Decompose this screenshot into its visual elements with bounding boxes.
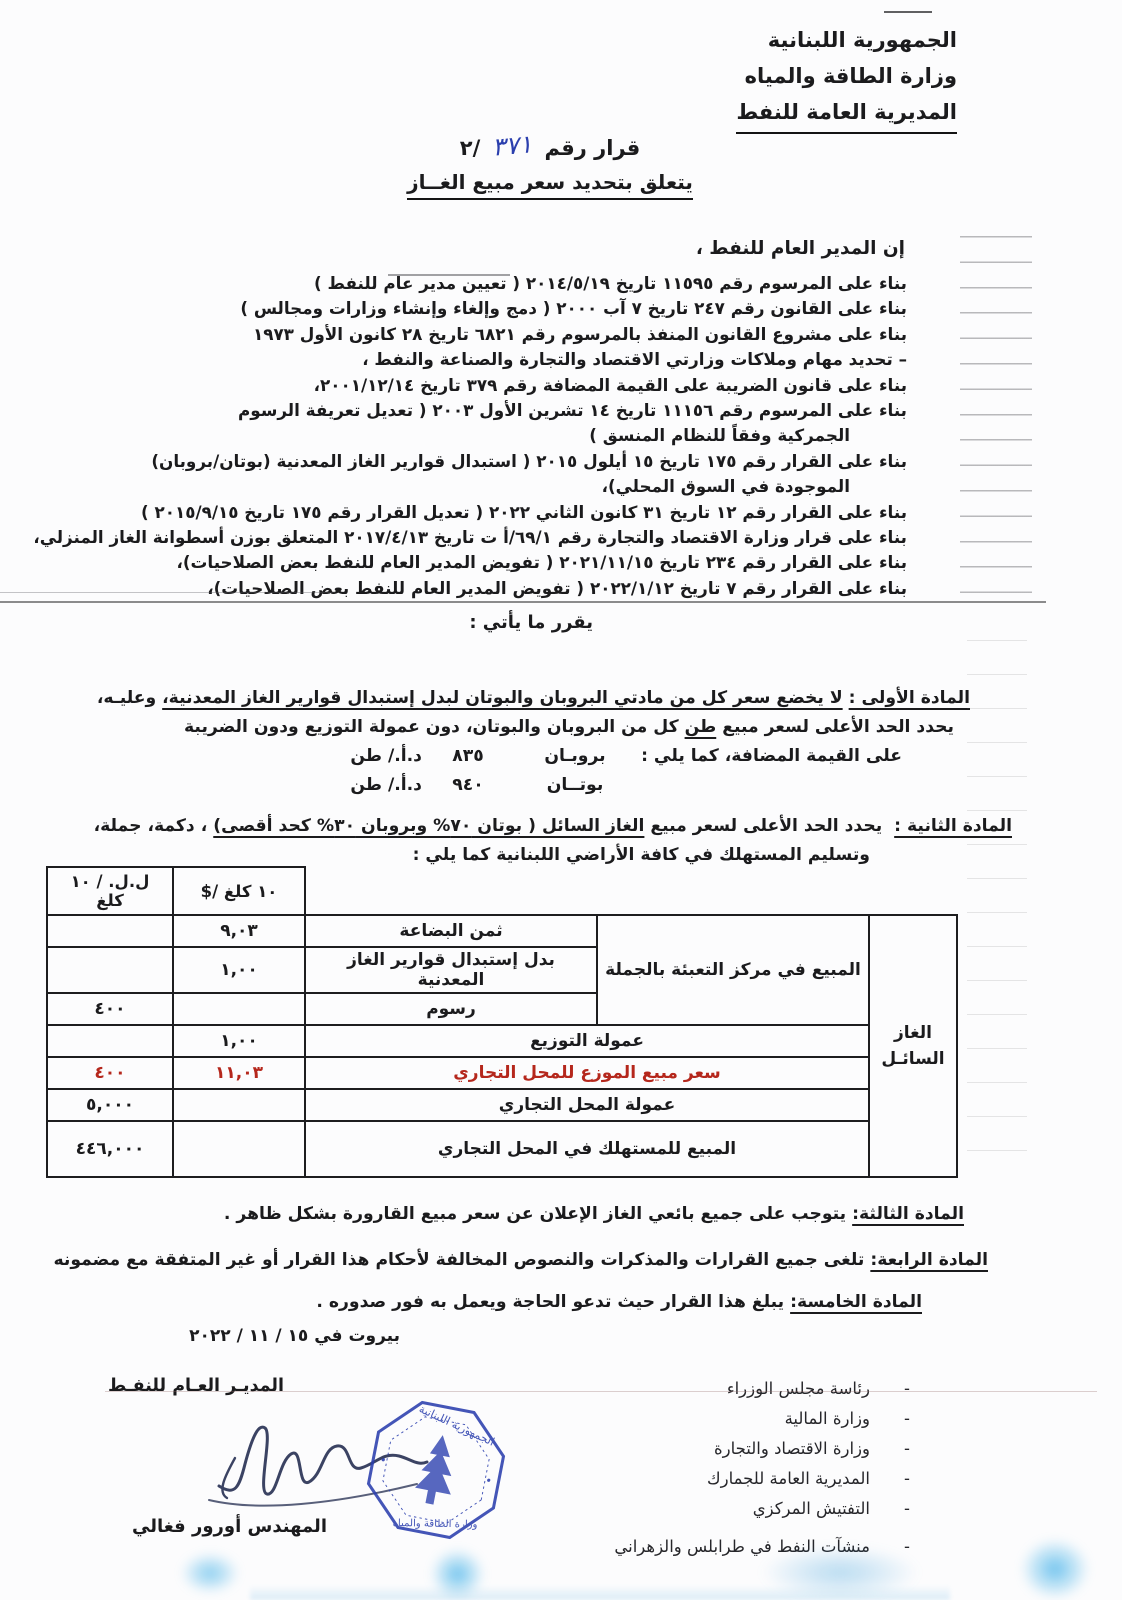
decree-label: قرار رقم — [545, 136, 641, 160]
preamble-line: – تحديد مهام وملاكات وزارتي الاقتصاد وال… — [57, 347, 907, 372]
row-label: عمولة التوزيع — [305, 1025, 869, 1057]
usd-value: ٩,٠٣ — [173, 915, 305, 947]
distribution-list: - رئاسة مجلس الوزراء - وزارة المالية - و… — [614, 1374, 910, 1562]
table-row: الغاز السائـل المبيع في مركز التعبئة بال… — [47, 915, 957, 947]
article-3-text: يتوجب على جميع بائعي الغاز الإعلان عن سع… — [224, 1204, 846, 1224]
preamble-line: بناء على المرسوم رقم ١١١٥٦ تاريخ ١٤ تشري… — [57, 398, 907, 423]
preamble-line: بناء على القرار رقم ٢٣٤ تاريخ ٢٠٢١/١١/١٥… — [57, 550, 907, 575]
title-block: ٢/ ٣٧١ قرار رقم يتعلق بتحديد سعر مبيع ال… — [330, 132, 770, 200]
signature-title: المديـر العـام للنفـط — [108, 1376, 284, 1396]
row-label: سعر مبيع الموزع للمحل التجاري — [305, 1057, 869, 1089]
lbp-value — [47, 947, 173, 993]
article-1-label: المادة الأولى : — [849, 688, 970, 708]
preamble-line: بناء على القرار رقم ٧ تاريخ ٢٠٢٢/١/١٢ ( … — [57, 576, 907, 601]
list-item: - وزارة الاقتصاد والتجارة — [614, 1434, 910, 1464]
letterhead-ministry: وزارة الطاقة والمياه — [736, 58, 957, 94]
list-item: - وزارة المالية — [614, 1404, 910, 1434]
price-row: على القيمة المضافة، كما يلي : بروبـان ٨٣… — [90, 742, 970, 771]
scan-artifact — [1020, 1538, 1090, 1600]
price-name: بروبـان — [514, 742, 636, 771]
dash-bullet-icon: - — [898, 1404, 910, 1434]
scan-artifact — [960, 236, 1032, 602]
official-stamp: الجمهورية اللبنانية وزارة الطاقة والمياه — [347, 1381, 525, 1559]
preamble-line: بناء على قانون الضريبة على القيمة المضاف… — [57, 373, 907, 398]
signer-name: المهندس أورور فغالي — [132, 1516, 327, 1537]
price-table: $/ ١٠ كلغ ل.ل. / ١٠ كلغ الغاز السائـل ال… — [46, 866, 958, 1178]
usd-value: ١,٠٠ — [173, 947, 305, 993]
lbp-value — [47, 1025, 173, 1057]
row-label: ثمن البضاعة — [305, 915, 597, 947]
usd-value — [173, 993, 305, 1025]
lbp-value — [47, 915, 173, 947]
article-2-underlined: الغاز السائل ( بوتان ٧٠% وبروبان ٣٠% كحد… — [213, 816, 644, 836]
decree-number-suffix: ٢/ — [460, 136, 481, 160]
article-2-label: المادة الثانية : — [894, 816, 1012, 836]
list-item-label: رئاسة مجلس الوزراء — [727, 1374, 870, 1404]
article-1-line2b: كل من البروبان والبوتان، دون عمولة التوز… — [184, 717, 685, 737]
dash-bullet-icon: - — [898, 1464, 910, 1494]
dash-bullet-icon: - — [898, 1494, 910, 1524]
preamble-line: بناء على المرسوم رقم ١١٥٩٥ تاريخ ٢٠١٤/٥/… — [57, 271, 907, 296]
opening-line: إن المدير العام للنفط ، — [696, 238, 905, 259]
article-3-label: المادة الثالثة: — [852, 1204, 964, 1224]
article-4-label: المادة الرابعة: — [870, 1250, 988, 1270]
preamble-line: بناء على قرار وزارة الاقتصاد والتجارة رق… — [57, 525, 907, 550]
letterhead-directorate: المديرية العامة للنفط — [736, 94, 957, 134]
document-page: الجمهورية اللبنانية وزارة الطاقة والمياه… — [0, 0, 1122, 1600]
list-item-label: وزارة المالية — [785, 1404, 870, 1434]
article-4-text: تلغى جميع القرارات والمذكرات والنصوص الم… — [53, 1250, 864, 1270]
article-5-text: يبلغ هذا القرار حيث تدعو الحاجة ويعمل به… — [316, 1292, 784, 1312]
preamble-line: الجمركية وفقاً للنظام المنسق ) — [57, 423, 907, 448]
decree-number-line: ٢/ ٣٧١ قرار رقم — [330, 132, 770, 161]
article-1-line2: يحدد الحد الأعلى لسعر مبيع — [716, 717, 954, 737]
article-1-ton: طن — [685, 717, 717, 737]
price-row: بوتــان ٩٤٠ د.أ./ طن — [90, 771, 970, 800]
article-1-tail: وعليـه، — [97, 688, 162, 708]
price-value: ٩٤٠ — [422, 771, 514, 800]
list-item: - التفتيش المركزي — [614, 1494, 910, 1524]
price-unit: د.أ./ طن — [304, 742, 422, 771]
article-5-label: المادة الخامسة: — [790, 1292, 922, 1312]
letterhead: الجمهورية اللبنانية وزارة الطاقة والمياه… — [736, 22, 957, 134]
lbp-value: ٤٠٠ — [47, 1057, 173, 1089]
wholesale-cell: المبيع في مركز التعبئة بالجملة — [597, 915, 869, 1025]
decide-line: يقرر ما يأتي : — [469, 612, 593, 633]
price-value: ٨٣٥ — [422, 742, 514, 771]
scan-artifact — [884, 11, 932, 13]
preamble-line: الموجودة في السوق المحلي)، — [57, 474, 907, 499]
list-item: - رئاسة مجلس الوزراء — [614, 1374, 910, 1404]
letterhead-republic: الجمهورية اللبنانية — [736, 22, 957, 58]
table-row: عمولة التوزيع ١,٠٠ — [47, 1025, 957, 1057]
table-row-highlighted: سعر مبيع الموزع للمحل التجاري ١١,٠٣ ٤٠٠ — [47, 1057, 957, 1089]
dash-bullet-icon: - — [898, 1374, 910, 1404]
list-item-label: التفتيش المركزي — [753, 1494, 870, 1524]
scan-artifact — [430, 1548, 485, 1600]
lbp-value: ٤٤٦,٠٠٠ — [47, 1121, 173, 1177]
list-item-label: المديرية العامة للجمارك — [707, 1464, 870, 1494]
list-item-label: منشآت النفط في طرابلس والزهراني — [614, 1532, 870, 1562]
table-header-row: $/ ١٠ كلغ ل.ل. / ١٠ كلغ — [47, 867, 957, 915]
price-unit: د.أ./ طن — [304, 771, 422, 800]
lbp-header-line1: ل.ل. / ١٠ — [54, 872, 166, 891]
preamble-line: بناء على القانون رقم ٢٤٧ تاريخ ٧ آب ٢٠٠٠… — [57, 296, 907, 321]
gas-group-cell: الغاز السائـل — [869, 915, 957, 1177]
article-5: المادة الخامسة:يبلغ هذا القرار حيث تدعو … — [316, 1288, 922, 1317]
stamp-bottom-text: وزارة الطاقة والمياه — [393, 1518, 478, 1530]
usd-value: ١,٠٠ — [173, 1025, 305, 1057]
scan-artifact — [180, 1552, 240, 1594]
scan-artifact — [0, 601, 1046, 603]
lbp-column-header: ل.ل. / ١٠ كلغ — [47, 867, 173, 915]
row-label: بدل إستبدال قوارير الغاز المعدنية — [305, 947, 597, 993]
list-item-label: وزارة الاقتصاد والتجارة — [714, 1434, 870, 1464]
preamble-line: بناء على مشروع القانون المنفذ بالمرسوم ر… — [57, 322, 907, 347]
article-1: المادة الأولى :لا يخضع سعر كل من مادتي ا… — [90, 684, 970, 800]
handwritten-decree-number: ٣٧١ — [491, 129, 534, 161]
lbp-value: ٥,٠٠٠ — [47, 1089, 173, 1121]
table-row: المبيع للمستهلك في المحل التجاري ٤٤٦,٠٠٠ — [47, 1121, 957, 1177]
usd-value — [173, 1121, 305, 1177]
article-1-underlined: لا يخضع سعر كل من مادتي البروبان والبوتا… — [162, 688, 842, 708]
usd-value — [173, 1089, 305, 1121]
usd-column-header: $/ ١٠ كلغ — [173, 867, 305, 915]
preamble: بناء على المرسوم رقم ١١٥٩٥ تاريخ ٢٠١٤/٥/… — [57, 271, 907, 601]
article-3: المادة الثالثة:يتوجب على جميع بائعي الغا… — [224, 1200, 964, 1229]
date-line: بيروت في ١٥ / ١١ / ٢٠٢٢ — [189, 1326, 400, 1346]
usd-value: ١١,٠٣ — [173, 1057, 305, 1089]
dash-bullet-icon: - — [898, 1532, 910, 1562]
dash-bullet-icon: - — [898, 1434, 910, 1464]
article-2: المادة الثانية : يحدد الحد الأعلى لسعر م… — [82, 812, 1012, 870]
row-label: عمولة المحل التجاري — [305, 1089, 869, 1121]
lbp-value: ٤٠٠ — [47, 993, 173, 1025]
decree-subject: يتعلق بتحديد سعر مبيع الغــاز — [407, 170, 693, 200]
lbp-header-line2: كلغ — [54, 891, 166, 910]
row-label: المبيع للمستهلك في المحل التجاري — [305, 1121, 869, 1177]
list-item: - المديرية العامة للجمارك — [614, 1464, 910, 1494]
list-item: - منشآت النفط في طرابلس والزهراني — [614, 1532, 910, 1562]
table-row: عمولة المحل التجاري ٥,٠٠٠ — [47, 1089, 957, 1121]
article-2-tail: ، دكمة، جملة، — [94, 816, 214, 836]
scan-artifact — [250, 1585, 950, 1600]
row-label: رسوم — [305, 993, 597, 1025]
article-4: المادة الرابعة:تلغى جميع القرارات والمذك… — [53, 1246, 988, 1275]
article-2-pre: يحدد الحد الأعلى لسعر مبيع — [644, 816, 888, 836]
price-intro: على القيمة المضافة، كما يلي : — [636, 742, 902, 771]
price-name: بوتــان — [514, 771, 636, 800]
preamble-line: بناء على القرار رقم ١٧٥ تاريخ ١٥ أيلول ٢… — [57, 449, 907, 474]
preamble-line: بناء على القرار رقم ١٢ تاريخ ٣١ كانون ال… — [57, 500, 907, 525]
scan-artifact — [967, 640, 1027, 1160]
